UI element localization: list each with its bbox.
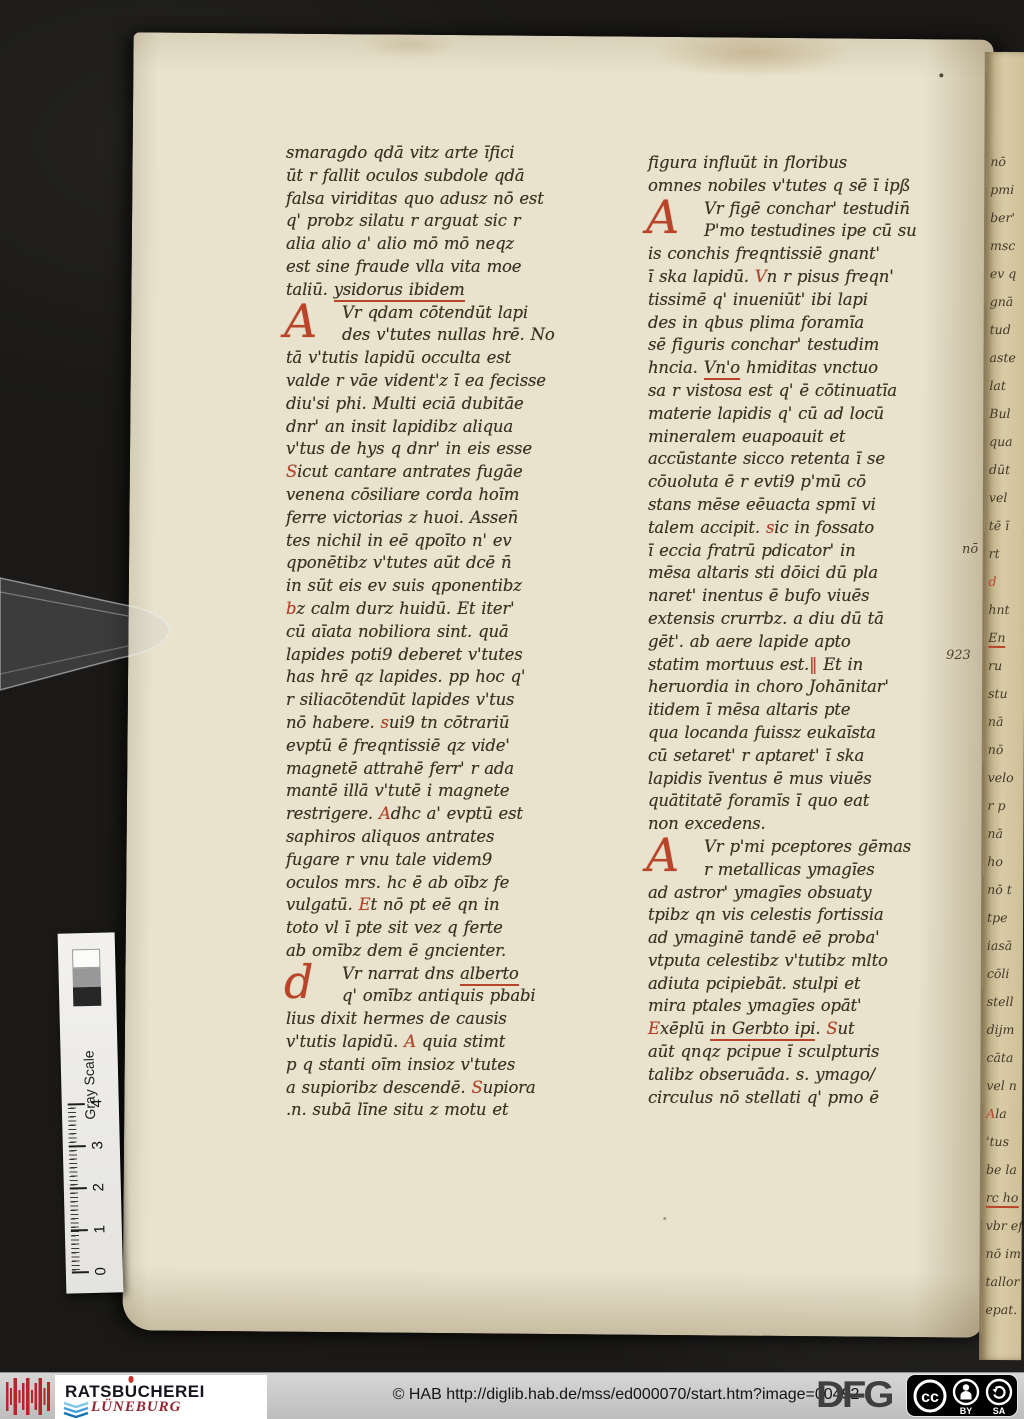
manuscript-line: v'tutis lapidū. A quia stimt [286, 1031, 638, 1054]
manuscript-line: materie lapidis q' cū ad locū [648, 403, 980, 426]
next-page-text-fragment: vbr eff [982, 1212, 1022, 1240]
manuscript-line: venena cōsiliare corda hoīm [286, 484, 638, 507]
manuscript-line: smaragdo qdā vitz arte īfici [286, 142, 638, 165]
manuscript-line: qua locanda fuissz eukaīsta [648, 722, 980, 745]
ruler-number: 0 [92, 1262, 109, 1280]
manuscript-line: tes nichil in eē qpoīto n' ev [286, 530, 638, 553]
next-page-text-fragment: tē ī [985, 512, 1024, 540]
manuscript-line: gēt'. ab aere lapide apto [648, 631, 980, 654]
manuscript-line: evptū ē freqntissiē qz vide' [286, 735, 638, 758]
manuscript-line: ī ska lapidū. Vn r pisus freqn' [648, 266, 980, 289]
next-page-text-fragment: nā [983, 820, 1023, 848]
cc-license-badge: cc BY SA [906, 1374, 1018, 1417]
by-label: BY [954, 1406, 978, 1416]
page-speck [939, 73, 943, 77]
manuscript-line: AVr p'mi pceptores gēmas [648, 836, 980, 859]
manuscript-line: non excedens. [648, 813, 980, 836]
next-page-text-fragment: Ala [982, 1100, 1022, 1128]
next-page-text-fragment: tud [986, 316, 1024, 344]
ratsbuecherei-logo-icon [5, 1376, 53, 1417]
manuscript-line: ad astror' ymagīes obsuaty [648, 882, 980, 905]
manuscript-line: saphiros aliquos antrates [286, 826, 638, 849]
manuscript-line: lapidis īventus ē mus viuēs [648, 768, 980, 791]
footer-bar: RATSBUCHEREI LÜNEBURG © HAB http://digli… [0, 1372, 1024, 1419]
manuscript-line: .n. subā līne situ z motu et [286, 1099, 638, 1122]
next-page-text-fragment: iasā [983, 932, 1023, 960]
manuscript-line: r metallicas ymagīes [648, 859, 980, 882]
next-page-text-fragment: nā [984, 708, 1024, 736]
manuscript-line: Exēplū in Gerbto ipi. Sut [648, 1018, 980, 1041]
manuscript-line: fugare r vnu tale videm9 [286, 849, 638, 872]
manuscript-line: qponētibz v'tutes aūt dcē n̄ [286, 552, 638, 575]
next-page-text-fragment: rt [985, 540, 1024, 568]
digitized-manuscript-view: smaragdo qdā vitz arte īficiūt r fallit … [0, 0, 1024, 1419]
manuscript-line: valde r vāe vident'z ī ea fecisse [286, 370, 638, 393]
manuscript-line: magnetē attrahē ferr' r ada [286, 758, 638, 781]
manuscript-line: alia alio a' alio mō mō neqz [286, 233, 638, 256]
next-page-text-fragment: nō [986, 148, 1024, 176]
next-page-text-fragment: msc [986, 232, 1024, 260]
manuscript-line: q' omībz antiquis pbabi [286, 985, 638, 1008]
red-drop-icon [129, 1376, 134, 1383]
ruler-major-tick [72, 1271, 89, 1273]
copyright-text: © HAB http://diglib.hab.de/mss/ed000070/… [393, 1386, 860, 1404]
next-page-text-fragment: ber' [986, 204, 1024, 232]
next-page-text-fragment: stu [984, 680, 1024, 708]
manuscript-line: nō habere. sui9 tn cōtrariū [286, 712, 638, 735]
manuscript-line: statim mortuus est.‖ Et in [648, 654, 980, 677]
manuscript-line: talem accipit. sic in fossato [648, 517, 980, 540]
next-page-text-fragment: En [984, 624, 1024, 652]
manuscript-line: a supioribz descendē. Supiora [286, 1077, 638, 1100]
next-page-text-fragment: nō im [982, 1240, 1022, 1268]
manuscript-line: taliū. ysidorus ibidem [286, 279, 638, 302]
manuscript-line: des in qbus plima foramīa [648, 312, 980, 335]
manuscript-line: is conchis freqntissiē gnant' [648, 243, 980, 266]
next-page-text-fragment: ev q [986, 260, 1024, 288]
margin-note: 923 [946, 648, 971, 663]
next-page-text-fragment: r p [984, 792, 1024, 820]
manuscript-line: mēsa altaris sti dōici dū pla [648, 562, 980, 585]
manuscript-line: mineralem euapoauit et [648, 426, 980, 449]
next-page-text-fragment: be la [982, 1156, 1022, 1184]
manuscript-line: restrigere. Adhc a' evptū est [286, 803, 638, 826]
library-logo-panel: RATSBUCHEREI LÜNEBURG [55, 1375, 267, 1419]
next-page-text-fragment: tpe [983, 904, 1023, 932]
manuscript-line: p q stanti oīm insioz v'tutes [286, 1054, 638, 1077]
manuscript-line: ab omībz dem ē gncienter. [286, 940, 638, 963]
manuscript-line: figura influūt in floribus [648, 152, 980, 175]
next-page-text-fragment: nō [984, 736, 1024, 764]
next-page-text-fragment: gnā [986, 288, 1024, 316]
manuscript-line: tā v'tutis lapidū occulta est [286, 347, 638, 370]
manuscript-line: falsa viriditas quo adusz nō est [286, 188, 638, 211]
manuscript-line: tpibz qn vis celestis fortissia [648, 904, 980, 927]
svg-text:cc: cc [921, 1389, 939, 1406]
manuscript-line: circulus nō stellati q' pmo ē [648, 1087, 980, 1110]
manuscript-line: omnes nobiles v'tutes q sē ī ipß [648, 175, 980, 198]
ruler-major-tick [71, 1229, 88, 1231]
manuscript-line: v'tus de hys q dnr' in eis esse [286, 438, 638, 461]
manuscript-line: tissimē q' inueniūt' ibi lapi [648, 289, 980, 312]
ruler-number: 4 [88, 1094, 105, 1112]
dfg-logo: DFG [816, 1375, 891, 1416]
manuscript-line: oculos mrs. hc ē ab oībz fe [286, 872, 638, 895]
manuscript-line: talibz obseruāda. s. ymago/ [648, 1064, 980, 1087]
manuscript-line: sē figuris conchar' testudim [648, 334, 980, 357]
city-name: LÜNEBURG [91, 1399, 182, 1416]
next-page-text-fragment: 'tus [982, 1128, 1022, 1156]
manuscript-line: ad ymaginē tandē eē proba' [648, 927, 980, 950]
manuscript-line: toto vl ī pte sit vez q ferte [286, 917, 638, 940]
ruler-major-tick [70, 1187, 87, 1189]
next-page-edge: nōpmiber'mscev qgnātudastelatBulquadūtve… [979, 52, 1024, 1360]
manuscript-line: AVr qdam cōtendūt lapi [286, 302, 638, 325]
manuscript-line: mantē illā v'tutē i magnete [286, 780, 638, 803]
manuscript-line: naret' inentus ē bufo viuēs [648, 585, 980, 608]
manuscript-line: est sine fraude vlla vita moe [286, 256, 638, 279]
manuscript-line: quātitatē foramīs ī quo eat [648, 790, 980, 813]
left-text-column: smaragdo qdā vitz arte īficiūt r fallit … [286, 142, 638, 1122]
manuscript-line: heruordia in choro Johānitar' [648, 676, 980, 699]
next-page-text: nōpmiber'mscev qgnātudastelatBulquadūtve… [981, 148, 1024, 1324]
manuscript-line: cū setaret' r aptaret' ī ska [648, 745, 980, 768]
next-page-text-fragment: pmi [986, 176, 1024, 204]
patch-gray [72, 968, 100, 988]
ruler-number: 2 [90, 1178, 107, 1196]
manuscript-line: has hrē qz lapides. pp hoc q' [286, 666, 638, 689]
next-page-text-fragment: tallor [981, 1268, 1021, 1296]
manuscript-line: ī eccia fratrū pdicator' in [648, 540, 980, 563]
next-page-text-fragment: dūt [985, 456, 1024, 484]
manuscript-line: P'mo testudines ipe cū su [648, 220, 980, 243]
manuscript-line: des v'tutes nullas hrē. No [286, 324, 638, 347]
manuscript-line: accūstante sicco retenta ī se [648, 448, 980, 471]
next-page-text-fragment: qua [985, 428, 1024, 456]
next-page-text-fragment: cāta [982, 1044, 1022, 1072]
manuscript-line: AVr figē conchar' testudin̄ [648, 198, 980, 221]
page-clip [0, 568, 200, 700]
manuscript-line: lius dixit hermes de causis [286, 1008, 638, 1031]
manuscript-line: bz calm durz huidū. Et iter' [286, 598, 638, 621]
right-text-column: figura influūt in floribusomnes nobiles … [648, 152, 980, 1109]
ruler-label: Gray Scale [80, 1041, 98, 1129]
patch-black [73, 987, 101, 1007]
next-page-text-fragment: ho [983, 848, 1023, 876]
next-page-text-fragment: dijm [983, 1016, 1023, 1044]
ruler-major-tick [69, 1145, 86, 1147]
by-person-icon [952, 1378, 980, 1406]
grayscale-ruler: Gray Scale 43210 [58, 932, 124, 1293]
manuscript-line: vtputa celestibz v'tutibz mlto [648, 950, 980, 973]
manuscript-line: dnr' an insit lapidibz aliqua [286, 416, 638, 439]
manuscript-line: Sicut cantare antrates fugāe [286, 461, 638, 484]
manuscript-line: vulgatū. Et nō pt eē qn in [286, 894, 638, 917]
next-page-text-fragment: vel [985, 484, 1024, 512]
manuscript-line: sa r vistosa est q' ē cōtinuatīa [648, 380, 980, 403]
manuscript-line: lapides poti9 deberet v'tutes [286, 644, 638, 667]
patch-white [72, 949, 100, 969]
ruler-number: 3 [89, 1136, 106, 1154]
manuscript-line: dVr narrat dns alberto [286, 963, 638, 986]
manuscript-line: cū aīata nobiliora sint. quā [286, 621, 638, 644]
manuscript-line: hncia. Vn'o hmiditas vnctuo [648, 357, 980, 380]
wave-pages-icon [63, 1400, 89, 1419]
manuscript-line: r siliacōtendūt lapides v'tus [286, 689, 638, 712]
manuscript-line: stans mēse eēuacta spmī vi [648, 494, 980, 517]
manuscript-line: adiuta pcipiebāt. stulpi et [648, 973, 980, 996]
next-page-blank-top [986, 52, 1024, 148]
manuscript-line: ferre victorias z huoi. Assen̄ [286, 507, 638, 530]
next-page-text-fragment: vel n [982, 1072, 1022, 1100]
ruler-number: 1 [91, 1220, 108, 1238]
next-page-text-fragment: d [984, 568, 1024, 596]
manuscript-line: cōuoluta ē r evti9 p'mū cō [648, 471, 980, 494]
manuscript-line: mira ptales ymagīes opāt' [648, 995, 980, 1018]
margin-note: nō [962, 542, 978, 557]
manuscript-line: aūt qnqz pcipue ī sculpturis [648, 1041, 980, 1064]
manuscript-line: extensis crurrbz. a diu dū tā [648, 608, 980, 631]
cc-icon: cc [911, 1376, 949, 1416]
next-page-text-fragment: epat. [981, 1296, 1021, 1324]
next-page-text-fragment: rc ho [982, 1184, 1022, 1212]
next-page-text-fragment: nō t [983, 876, 1023, 904]
manuscript-line: diu'si phi. Multi eciā dubitāe [286, 393, 638, 416]
ruler-major-ticks: 43210 [58, 932, 115, 933]
manuscript-line: ūt r fallit oculos subdole qdā [286, 165, 638, 188]
next-page-text-fragment: lat [985, 372, 1024, 400]
next-page-text-fragment: velo [984, 764, 1024, 792]
manuscript-line: in sūt eis ev suis qponentibz [286, 575, 638, 598]
manuscript-line: itidem ī mēsa altaris pte [648, 699, 980, 722]
next-page-text-fragment: ru [984, 652, 1024, 680]
sa-label: SA [987, 1406, 1011, 1416]
next-page-text-fragment: cōli [983, 960, 1023, 988]
next-page-text-fragment: stell [983, 988, 1023, 1016]
sa-icon [985, 1378, 1013, 1406]
page-speck [663, 1217, 666, 1220]
next-page-text-fragment: aste [985, 344, 1024, 372]
next-page-text-fragment: hnt [984, 596, 1024, 624]
next-page-text-fragment: Bul [985, 400, 1024, 428]
manuscript-line: q' probz silatu r arguat sic r [286, 210, 638, 233]
grayscale-patches [72, 949, 101, 1007]
